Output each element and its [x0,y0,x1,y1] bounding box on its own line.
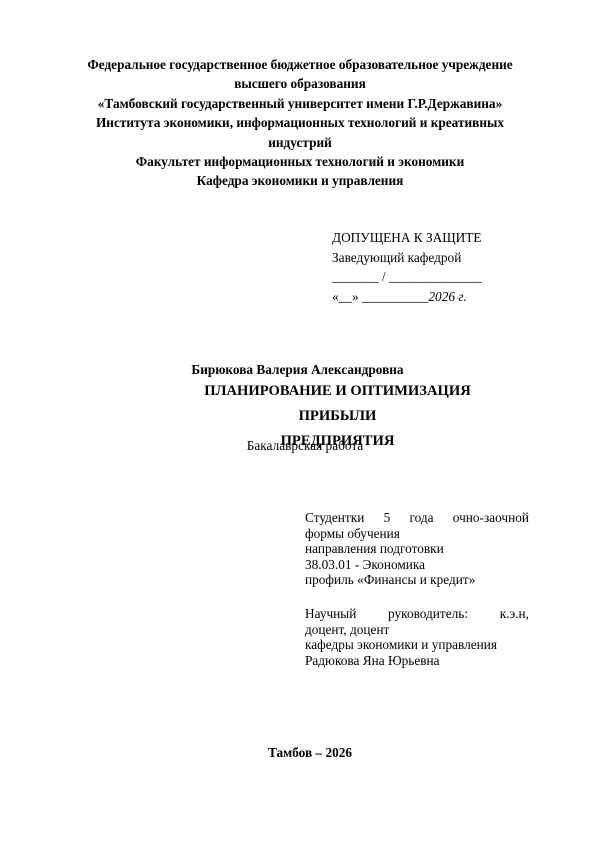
approval-date: «__» __________2026 г. [332,287,532,307]
student-info-block: Студентки 5 года очно-заочной формы обуч… [305,510,529,588]
student-info-line: Студентки 5 года очно-заочной [305,510,529,526]
student-info-line: 38.03.01 - Экономика [305,557,529,573]
header-line: Факультет информационных технологий и эк… [80,152,520,171]
header-line: Института экономики, информационных техн… [80,113,520,132]
supervisor-info-block: Научный руководитель: к.э.н, доцент, доц… [305,606,529,668]
word: очно-заочной [453,510,529,526]
date-blank: «__» __________ [332,289,428,304]
word: 5 [384,510,391,526]
word: руководитель: [388,606,468,622]
supervisor-info-line: доцент, доцент [305,622,529,638]
word: Студентки [305,510,364,526]
word: Научный [305,606,356,622]
institution-header: Федеральное государственное бюджетное об… [80,55,520,191]
signature-line: _______ / ______________ [332,267,532,287]
header-line: «Тамбовский государственный университет … [80,94,520,113]
city-year: Тамбов – 2026 [0,744,595,762]
student-info-line: направления подготовки [305,541,529,557]
approval-block: ДОПУЩЕНА К ЗАЩИТЕ Заведующий кафедрой __… [332,228,532,306]
header-line: высшего образования [80,74,520,93]
supervisor-info-line: Научный руководитель: к.э.н, [305,606,529,622]
approval-role: Заведующий кафедрой [332,248,532,268]
thesis-title-line: ПЛАНИРОВАНИЕ И ОПТИМИЗАЦИЯ ПРИБЫЛИ [165,379,510,429]
word: к.э.н, [500,606,529,622]
header-line: Федеральное государственное бюджетное об… [80,55,520,74]
header-line: индустрий [80,133,520,152]
header-line: Кафедра экономики и управления [80,171,520,190]
student-info-line: профиль «Финансы и кредит» [305,572,529,588]
supervisor-name: Радюкова Яна Юрьевна [305,653,529,669]
supervisor-info-line: кафедры экономики и управления [305,637,529,653]
approval-title: ДОПУЩЕНА К ЗАЩИТЕ [332,228,532,248]
student-info-line: формы обучения [305,526,529,542]
work-type: Бакалаврская работа [0,437,595,455]
word: года [409,510,433,526]
date-year: 2026 г. [428,289,466,304]
author-name: Бирюкова Валерия Александровна [0,360,595,379]
title-page: Федеральное государственное бюджетное об… [0,0,595,841]
